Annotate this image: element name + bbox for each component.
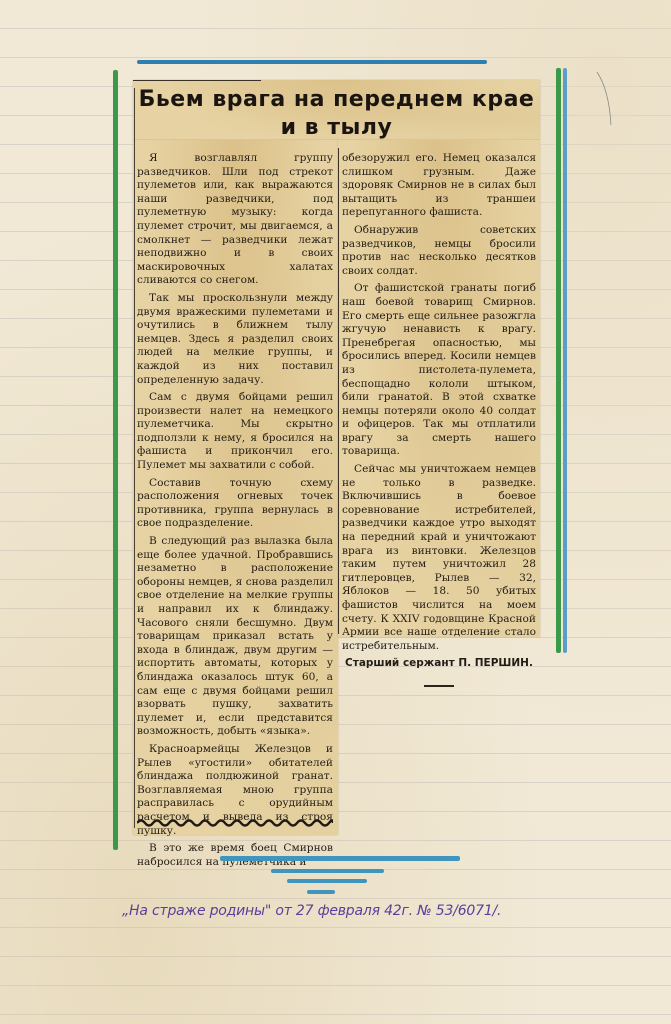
article-headline: Бьем врага на переднем крае и в тылу xyxy=(133,86,540,142)
blue-pencil-line-bottom-3 xyxy=(287,879,367,883)
blue-pencil-line-bottom-1 xyxy=(220,856,460,861)
pencil-mark xyxy=(595,70,625,130)
clipping-top-rule xyxy=(133,80,261,81)
handwritten-source-note: „На страже родины" от 27 февраля 42г. № … xyxy=(122,903,522,919)
blue-pencil-line-bottom-2 xyxy=(271,869,384,873)
author-signature: Старший сержант П. ПЕРШИН. xyxy=(342,657,536,671)
paragraph: Сам с двумя бойцами решил произвести нал… xyxy=(137,391,333,473)
paragraph: Составив точную схему расположения огнев… xyxy=(137,477,333,531)
paragraph: От фашистской гранаты погиб наш боевой т… xyxy=(342,282,536,459)
blue-pencil-line-bottom-4 xyxy=(307,890,335,894)
paragraph: обезоружил его. Немец оказался слишком г… xyxy=(342,152,536,220)
signature-rule xyxy=(424,685,454,687)
article-right-column: обезоружил его. Немец оказался слишком г… xyxy=(342,152,536,687)
clipping-left-rule xyxy=(134,88,135,828)
wavy-cut-line xyxy=(137,818,333,828)
paragraph: Я возглавлял группу разведчиков. Шли под… xyxy=(137,152,333,288)
column-divider xyxy=(338,148,339,634)
blue-pencil-line-top xyxy=(137,60,487,64)
green-margin-line-right xyxy=(556,68,561,653)
paragraph: Обнаружив советских разведчиков, немцы б… xyxy=(342,224,536,278)
paragraph: Так мы проскользнули между двумя вражеск… xyxy=(137,292,333,387)
green-margin-line-left xyxy=(113,70,118,850)
paragraph: Сейчас мы уничтожаем немцев не только в … xyxy=(342,463,536,653)
article-left-column: Я возглавлял группу разведчиков. Шли под… xyxy=(137,152,333,873)
blue-margin-line-right xyxy=(563,68,567,653)
paragraph: В следующий раз вылазка была еще более у… xyxy=(137,535,333,739)
